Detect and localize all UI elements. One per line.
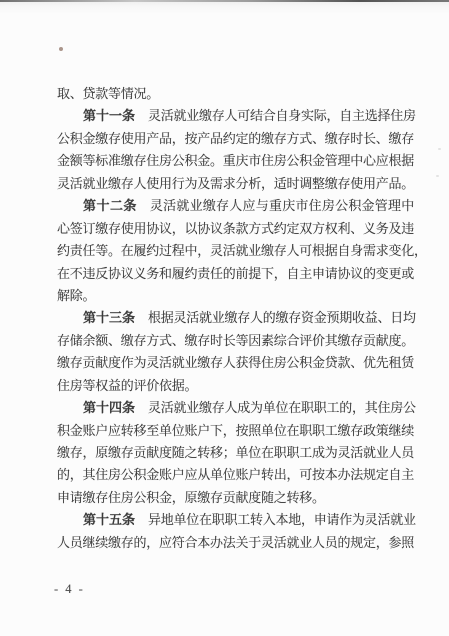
document-text-block: 取、贷款等情况。第十一条灵活就业缴存人可结合自身实际，自主选择住房公积金缴存使用…	[57, 83, 414, 554]
article-heading-line: 第十一条灵活就业缴存人可结合自身实际，自主选择住房	[57, 105, 414, 127]
text-line: 取、贷款等情况。	[57, 83, 414, 105]
scanned-document-page: { "document": { "lines": [ {"text": "取、贷…	[0, 0, 449, 636]
article-number: 第十三条	[83, 310, 135, 325]
text-line: 缴存，原缴存贡献度随之转移；单位在职职工成为灵活就业人员	[57, 442, 414, 464]
scan-edge-line	[0, 0, 449, 2]
article-heading-line: 第十四条灵活就业缴存人成为单位在职职工的，其住房公	[57, 397, 414, 419]
text-line: 人员继续缴存的，应符合本办法关于灵活就业人员的规定，参照	[57, 532, 414, 554]
text-line: 心签订缴存使用协议，以协议条款方式约定双方权利、义务及违	[57, 218, 414, 240]
text-line: 金额等标准缴存住房公积金。重庆市住房公积金管理中心应根据	[57, 150, 414, 172]
article-heading-line: 第十五条异地单位在职职工转入本地，申请作为灵活就业	[57, 509, 414, 531]
text-line: 灵活就业缴存人使用行为及需求分析，适时调整缴存使用产品。	[57, 173, 414, 195]
text-line: 申请缴存住房公积金，原缴存贡献度随之转移。	[57, 487, 414, 509]
scan-dot-artifact	[59, 47, 63, 51]
page-top-shade	[0, 0, 449, 14]
page-number: - 4 -	[54, 582, 85, 597]
article-heading-line: 第十二条灵活就业缴存人应与重庆市住房公积金管理中	[57, 195, 414, 217]
text-line: 缴存贡献度作为灵活就业缴存人获得住房公积金贷款、优先租赁	[57, 352, 414, 374]
text-line: 解除。	[57, 285, 414, 307]
text-line: 存储余额、缴存方式、缴存时长等因素综合评价其缴存贡献度。	[57, 330, 414, 352]
article-number: 第十五条	[83, 512, 135, 527]
text-line: 在不违反协议义务和履约责任的前提下，自主申请协议的变更或	[57, 263, 414, 285]
article-number: 第十二条	[83, 198, 137, 213]
text-line: 的，其住房公积金账户应从单位账户转出，可按本办法规定自主	[57, 464, 414, 486]
text-line: 住房等权益的评价依据。	[57, 375, 414, 397]
text-line: 公积金缴存使用产品，按产品约定的缴存方式、缴存时长、缴存	[57, 128, 414, 150]
text-line: 约责任等。在履约过程中，灵活就业缴存人可根据自身需求变化，	[57, 240, 414, 262]
scan-speck	[436, 175, 439, 177]
article-heading-line: 第十三条根据灵活就业缴存人的缴存资金预期收益、日均	[57, 307, 414, 329]
article-number: 第十一条	[83, 108, 135, 123]
text-line: 积金账户应转移至单位账户下，按照单位在职职工缴存政策继续	[57, 420, 414, 442]
scan-speck	[438, 148, 441, 150]
article-number: 第十四条	[83, 400, 135, 415]
